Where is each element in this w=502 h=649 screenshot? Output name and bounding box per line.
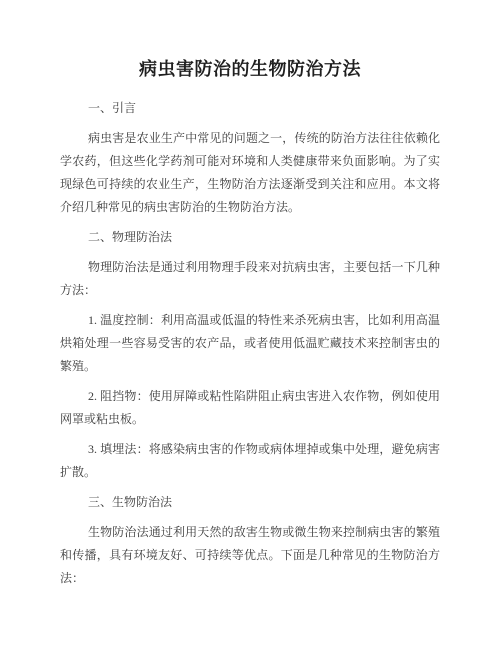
document-title: 病虫害防治的生物防治方法: [60, 57, 440, 81]
document-page: 病虫害防治的生物防治方法 一、引言病虫害是农业生产中常见的问题之一，传统的防治方…: [0, 0, 502, 649]
paragraph: 1. 温度控制：利用高温或低温的特性来杀死病虫害，比如利用高温烘箱处理一些容易受…: [60, 309, 440, 378]
document-body: 一、引言病虫害是农业生产中常见的问题之一，传统的防治方法往往依赖化学农药，但这些…: [60, 97, 440, 590]
section-heading: 三、生物防治法: [60, 491, 440, 514]
paragraph: 2. 阻挡物：使用屏障或粘性陷阱阻止病虫害进入农作物，例如使用网罩或粘虫板。: [60, 385, 440, 431]
paragraph: 物理防治法是通过利用物理手段来对抗病虫害，主要包括一下几种方法：: [60, 256, 440, 302]
paragraph: 3. 填埋法：将感染病虫害的作物或病体埋掉或集中处理，避免病害扩散。: [60, 438, 440, 484]
section-heading: 二、物理防治法: [60, 226, 440, 249]
section-heading: 一、引言: [60, 97, 440, 120]
paragraph: 病虫害是农业生产中常见的问题之一，传统的防治方法往往依赖化学农药，但这些化学药剂…: [60, 127, 440, 219]
paragraph: 生物防治法通过利用天然的敌害生物或微生物来控制病虫害的繁殖和传播，具有环境友好、…: [60, 521, 440, 590]
